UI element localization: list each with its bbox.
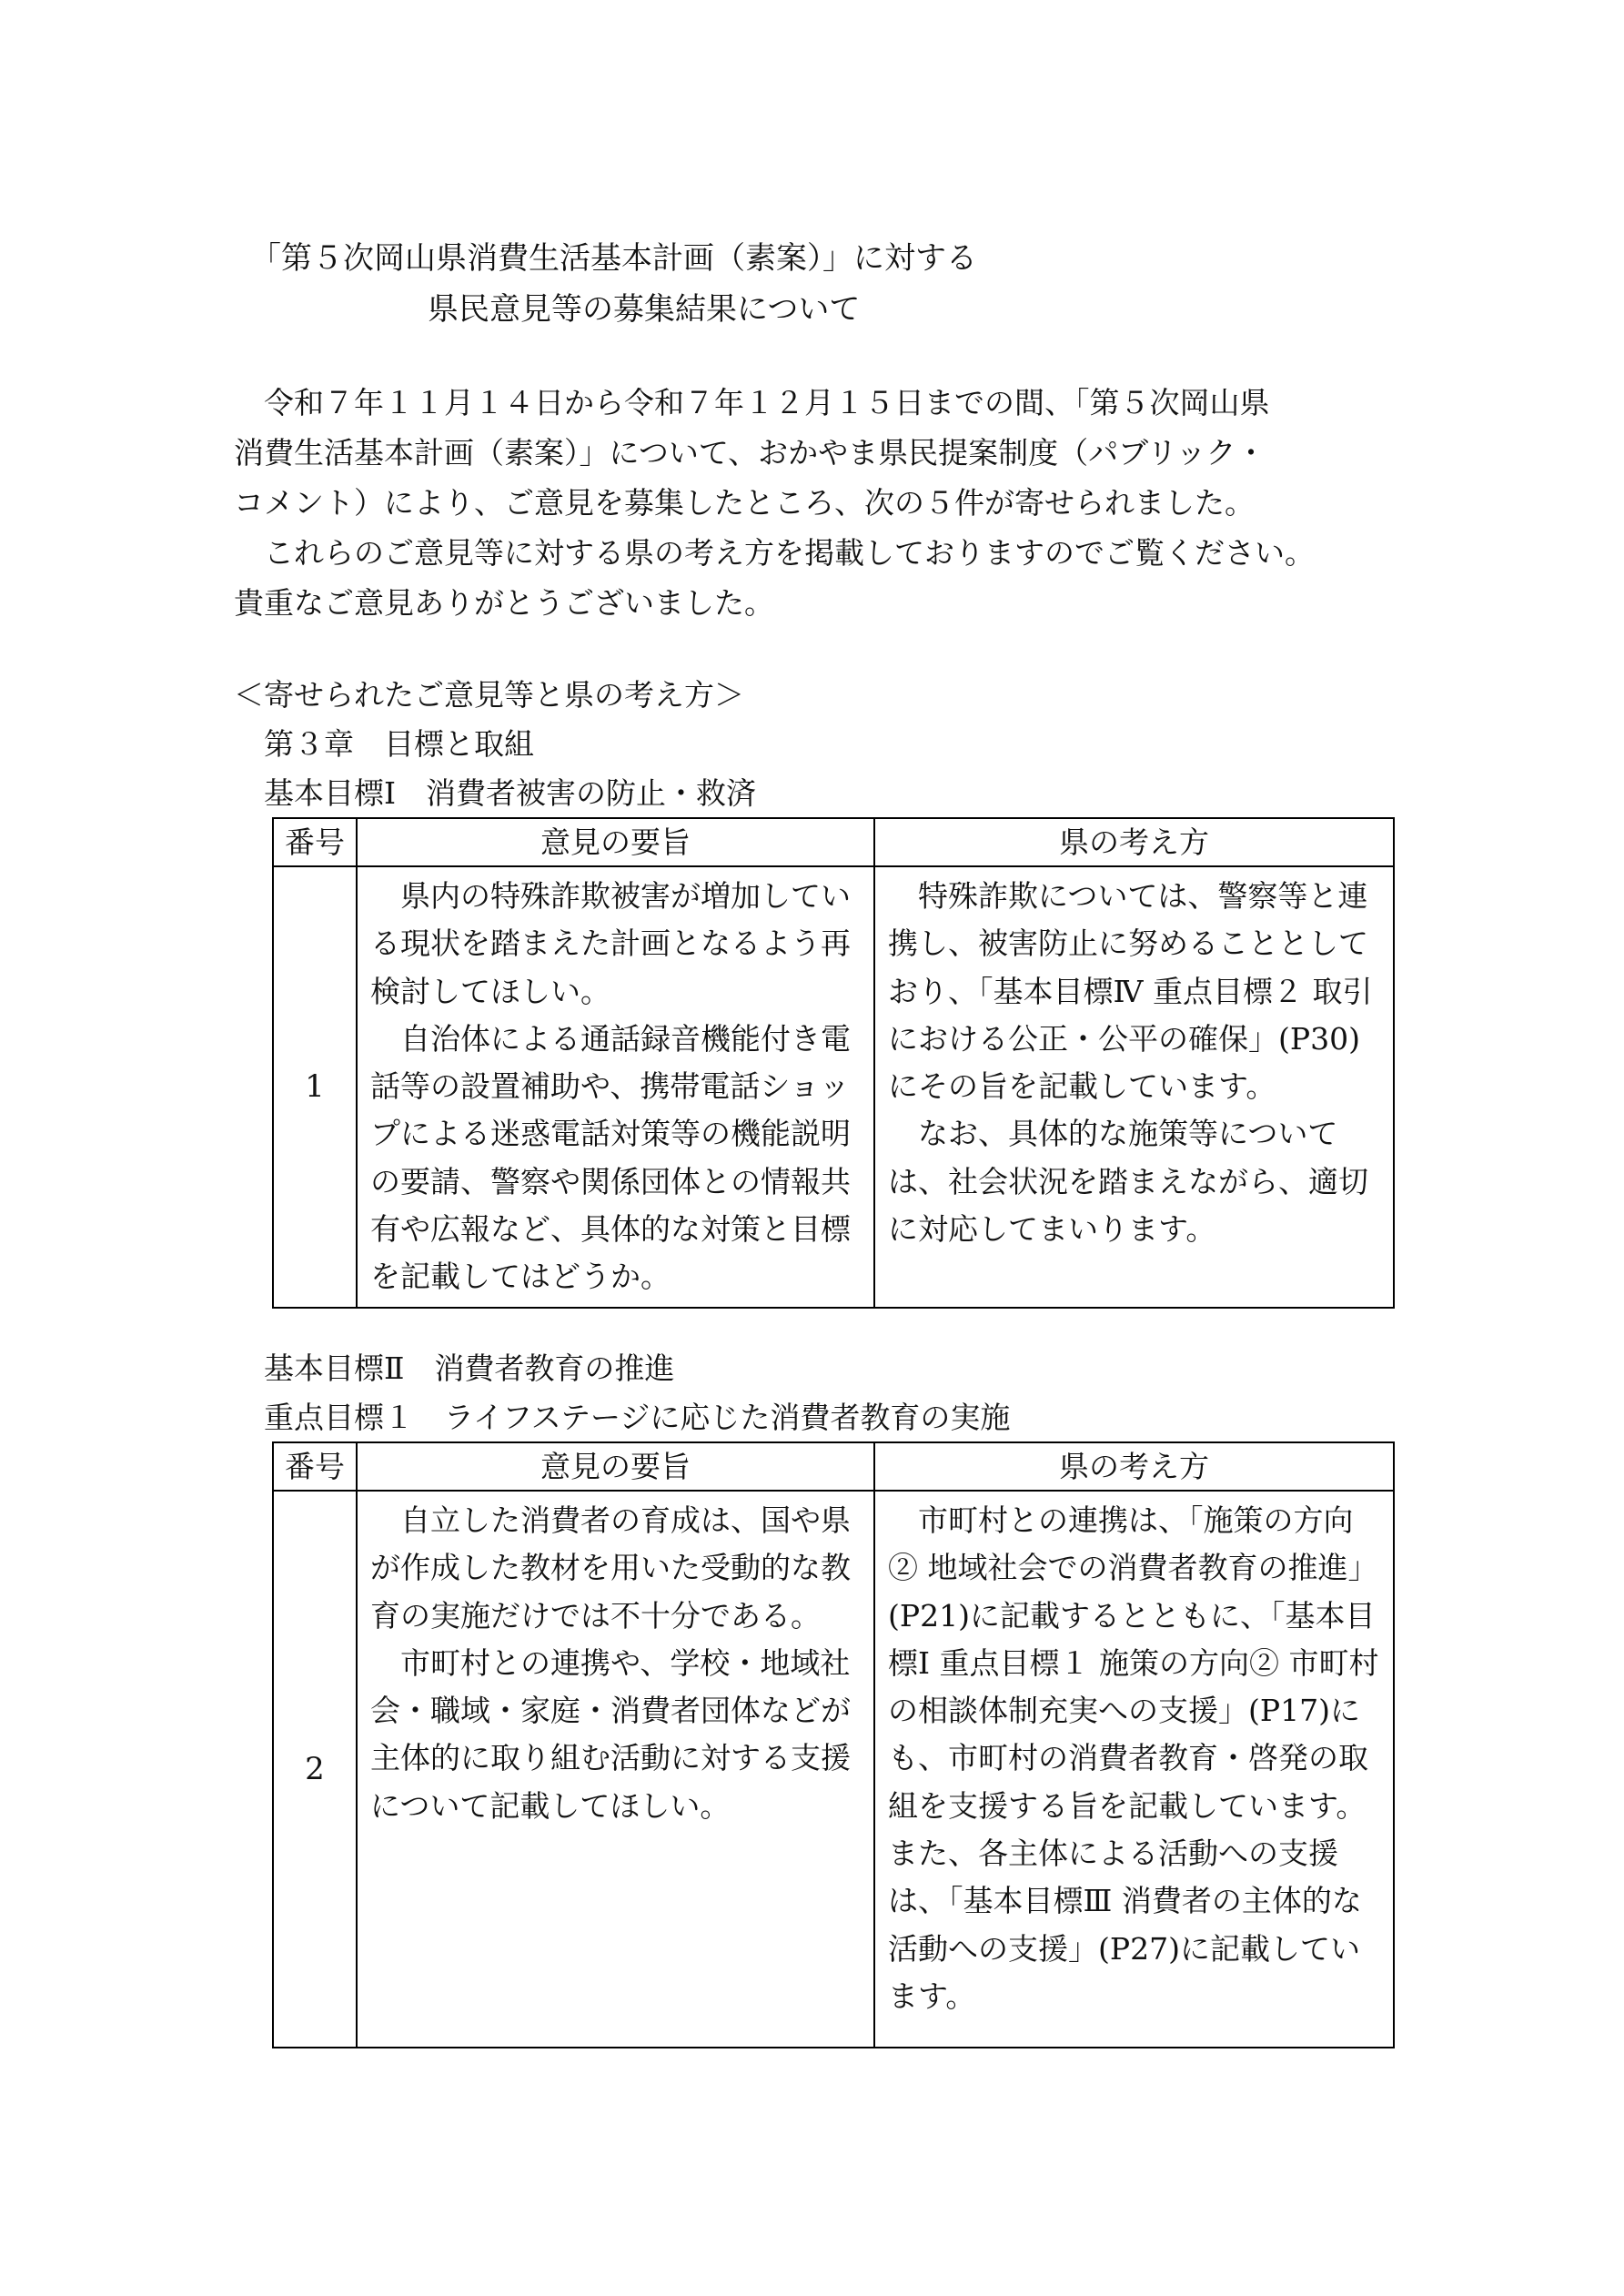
column-header-summary: 意見の要旨: [357, 818, 874, 866]
summary-paragraph: 自治体による通話録音機能付き電話等の設置補助や、携帯電話ショップによる迷惑電話対…: [370, 1016, 862, 1301]
column-header-number: 番号: [273, 1442, 357, 1491]
intro-line: 令和７年１１月１４日から令和７年１２月１５日までの間、「第５次岡山県: [234, 378, 1417, 428]
document-title-line-1: 「第５次岡山県消費生活基本計画（素案）」に対する: [250, 238, 977, 278]
summary-paragraph: 県内の特殊詐欺被害が増加している現状を踏まえた計画となるよう再検討してほしい。: [370, 873, 862, 1016]
chapter-heading: 第３章 目標と取組: [234, 724, 534, 764]
response-paragraph: なお、具体的な施策等については、社会状況を踏まえながら、適切に対応してまいります…: [888, 1110, 1382, 1253]
intro-line: コメント）により、ご意見を募集したところ、次の５件が寄せられました。: [234, 478, 1417, 528]
intro-paragraph: 令和７年１１月１４日から令和７年１２月１５日までの間、「第５次岡山県 消費生活基…: [234, 378, 1417, 628]
column-header-number: 番号: [273, 818, 357, 866]
column-header-response: 県の考え方: [874, 818, 1394, 866]
summary-paragraph: 市町村との連携や、学校・地域社会・職域・家庭・消費者団体などが主体的に取り組む活…: [370, 1640, 862, 1830]
prefecture-response: 特殊詐欺については、警察等と連携し、被害防止に努めることとしており、「基本目標Ⅳ…: [874, 866, 1394, 1308]
opinion-number: 1: [273, 866, 357, 1308]
table-header-row: 番号 意見の要旨 県の考え方: [273, 818, 1394, 866]
document-title-line-2: 県民意見等の募集結果について: [428, 289, 860, 329]
opinion-table-1: 番号 意見の要旨 県の考え方 1 県内の特殊詐欺被害が増加している現状を踏まえた…: [272, 817, 1395, 1309]
table-row: 1 県内の特殊詐欺被害が増加している現状を踏まえた計画となるよう再検討してほしい…: [273, 866, 1394, 1308]
goal-heading-1: 基本目標Ⅰ 消費者被害の防止・救済: [234, 774, 756, 814]
intro-line: 消費生活基本計画（素案）」について、おかやま県民提案制度（パブリック・: [234, 428, 1417, 478]
column-header-summary: 意見の要旨: [357, 1442, 874, 1491]
intro-line: 貴重なご意見ありがとうございました。: [234, 578, 1417, 628]
table-row: 2 自立した消費者の育成は、国や県が作成した教材を用いた受動的な教育の実施だけで…: [273, 1491, 1394, 2048]
response-paragraph: 特殊詐欺については、警察等と連携し、被害防止に努めることとしており、「基本目標Ⅳ…: [888, 873, 1382, 1110]
section-heading: ＜寄せられたご意見等と県の考え方＞: [234, 675, 744, 715]
opinion-table-2: 番号 意見の要旨 県の考え方 2 自立した消費者の育成は、国や県が作成した教材を…: [272, 1441, 1395, 2048]
opinion-summary: 県内の特殊詐欺被害が増加している現状を踏まえた計画となるよう再検討してほしい。 …: [357, 866, 874, 1308]
priority-goal-heading: 重点目標１ ライフステージに応じた消費者教育の実施: [234, 1398, 1010, 1438]
document-page: 「第５次岡山県消費生活基本計画（素案）」に対する 県民意見等の募集結果について …: [0, 0, 1624, 2296]
response-paragraph: 市町村との連携は、「施策の方向② 地域社会での消費者教育の推進」(P21)に記載…: [888, 1497, 1382, 2020]
opinion-summary: 自立した消費者の育成は、国や県が作成した教材を用いた受動的な教育の実施だけでは不…: [357, 1491, 874, 2048]
table-header-row: 番号 意見の要旨 県の考え方: [273, 1442, 1394, 1491]
summary-paragraph: 自立した消費者の育成は、国や県が作成した教材を用いた受動的な教育の実施だけでは不…: [370, 1497, 862, 1640]
prefecture-response: 市町村との連携は、「施策の方向② 地域社会での消費者教育の推進」(P21)に記載…: [874, 1491, 1394, 2048]
intro-line: これらのご意見等に対する県の考え方を掲載しておりますのでご覧ください。: [234, 528, 1417, 578]
opinion-number: 2: [273, 1491, 357, 2048]
goal-heading-2: 基本目標Ⅱ 消費者教育の推進: [234, 1349, 674, 1389]
column-header-response: 県の考え方: [874, 1442, 1394, 1491]
